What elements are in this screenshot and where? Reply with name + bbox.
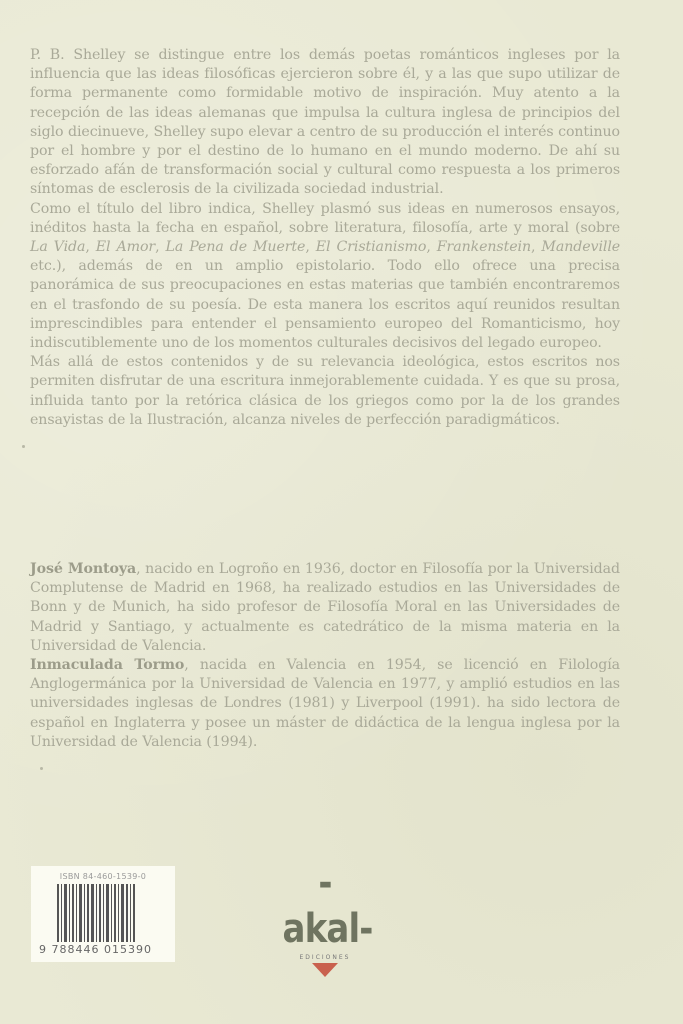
publisher-name: -akal- [283, 860, 368, 952]
title-mandeville: Mandeville [541, 239, 620, 255]
speck-mark [40, 767, 43, 770]
synopsis-paragraph-1: P. B. Shelley se distingue entre los dem… [30, 46, 620, 200]
isbn-label: ISBN 84-460-1539-0 [39, 872, 167, 881]
publisher-shield-icon [312, 963, 338, 977]
title-frankenstein: Frankenstein [437, 239, 531, 255]
synopsis-paragraph-2: Como el título del libro indica, Shelley… [30, 200, 620, 354]
bio-inmaculada-tormo: Inmaculada Tormo, nacida en Valencia en … [30, 656, 620, 752]
title-el-cristianismo: El Cristianismo [316, 239, 427, 255]
publisher-subtitle: EDICIONES [275, 954, 375, 961]
synopsis: P. B. Shelley se distingue entre los dem… [30, 46, 620, 430]
bio-jose-montoya: José Montoya, nacido en Logroño en 1936,… [30, 560, 620, 656]
title-el-amor: El Amor [96, 239, 155, 255]
author-bios: José Montoya, nacido en Logroño en 1936,… [30, 560, 620, 752]
isbn-barcode: ISBN 84-460-1539-0 9 788446 015390 [31, 866, 175, 962]
synopsis-paragraph-3: Más allá de estos contenidos y de su rel… [30, 353, 620, 430]
title-la-pena-de-muerte: La Pena de Muerte [166, 239, 306, 255]
bio-name: Inmaculada Tormo [30, 657, 184, 673]
publisher-logo: -akal- EDICIONES [275, 860, 375, 960]
speck-mark [22, 445, 25, 448]
title-la-vida: La Vida [30, 239, 85, 255]
barcode-bars [57, 884, 159, 942]
ean-number: 9 788446 015390 [39, 943, 167, 956]
bio-name: José Montoya [30, 561, 136, 577]
book-back-cover: P. B. Shelley se distingue entre los dem… [0, 0, 683, 1024]
